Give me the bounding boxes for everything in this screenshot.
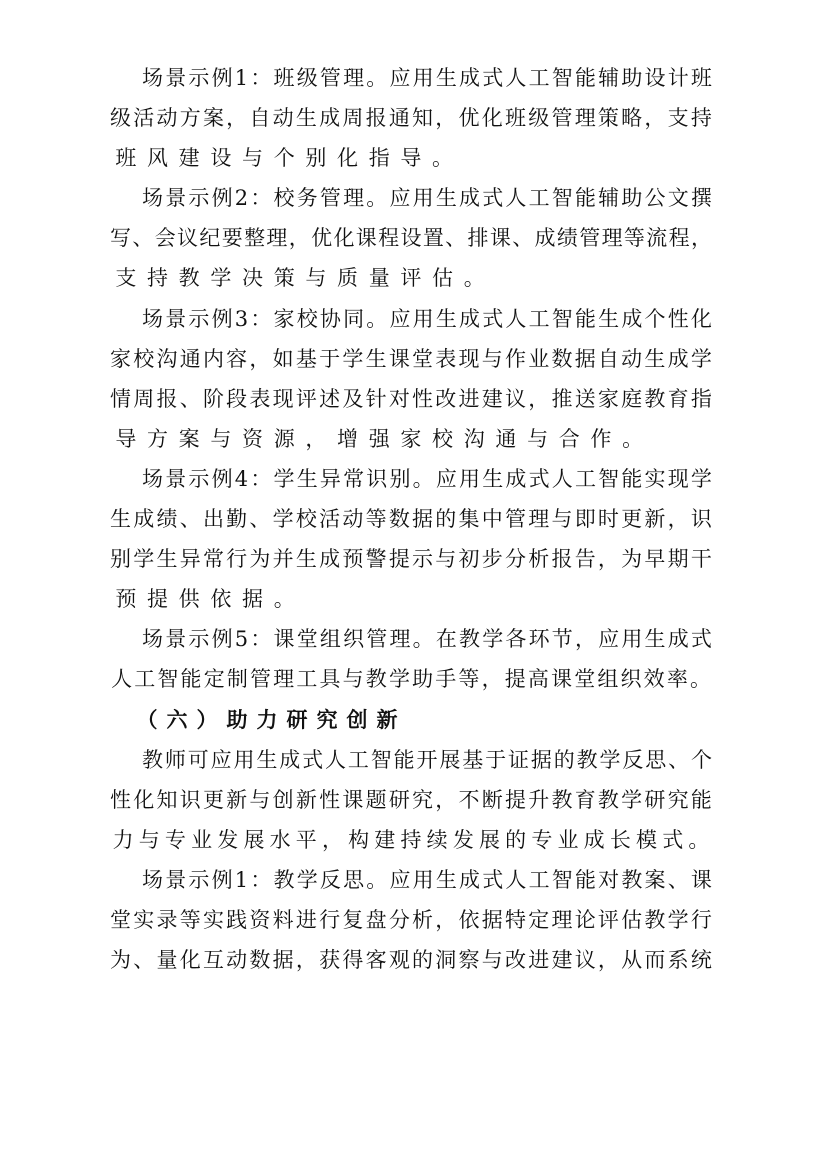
text-line: 力与专业发展水平，构建持续发展的专业成长模式。 bbox=[110, 820, 712, 860]
text-line: 家校沟通内容，如基于学生课堂表现与作业数据自动生成学 bbox=[110, 339, 712, 379]
paragraph: 场景示例1：教学反思。应用生成式人工智能对教案、课堂实录等实践资料进行复盘分析，… bbox=[110, 860, 712, 980]
document-body: 场景示例1：班级管理。应用生成式人工智能辅助设计班级活动方案，自动生成周报通知，… bbox=[110, 58, 712, 980]
paragraph: 场景示例4：学生异常识别。应用生成式人工智能实现学生成绩、出勤、学校活动等数据的… bbox=[110, 459, 712, 619]
text-line: 堂实录等实践资料进行复盘分析，依据特定理论评估教学行 bbox=[110, 900, 712, 940]
section-heading: （六）助力研究创新 bbox=[110, 700, 712, 740]
text-line: 场景示例5：课堂组织管理。在教学各环节，应用生成式 bbox=[110, 619, 712, 659]
text-line: 情周报、阶段表现评述及针对性改进建议，推送家庭教育指 bbox=[110, 379, 712, 419]
text-line: 场景示例2：校务管理。应用生成式人工智能辅助公文撰 bbox=[110, 178, 712, 218]
paragraph: 场景示例1：班级管理。应用生成式人工智能辅助设计班级活动方案，自动生成周报通知，… bbox=[110, 58, 712, 178]
text-line: 教师可应用生成式人工智能开展基于证据的教学反思、个 bbox=[110, 740, 712, 780]
paragraph: 场景示例2：校务管理。应用生成式人工智能辅助公文撰写、会议纪要整理，优化课程设置… bbox=[110, 178, 712, 298]
text-line: 场景示例3：家校协同。应用生成式人工智能生成个性化 bbox=[110, 299, 712, 339]
text-line: 场景示例4：学生异常识别。应用生成式人工智能实现学 bbox=[110, 459, 712, 499]
text-line: 别学生异常行为并生成预警提示与初步分析报告，为早期干 bbox=[110, 539, 712, 579]
paragraph: 场景示例3：家校协同。应用生成式人工智能生成个性化家校沟通内容，如基于学生课堂表… bbox=[110, 299, 712, 459]
text-line: 支持教学决策与质量评估。 bbox=[110, 258, 712, 298]
text-line: 预提供依据。 bbox=[110, 579, 712, 619]
heading-text: （六）助力研究创新 bbox=[110, 700, 712, 740]
text-line: 导方案与资源，增强家校沟通与合作。 bbox=[110, 419, 712, 459]
text-line: 级活动方案，自动生成周报通知，优化班级管理策略，支持 bbox=[110, 98, 712, 138]
paragraph: 场景示例5：课堂组织管理。在教学各环节，应用生成式人工智能定制管理工具与教学助手… bbox=[110, 619, 712, 699]
text-line: 班风建设与个别化指导。 bbox=[110, 138, 712, 178]
paragraph: 教师可应用生成式人工智能开展基于证据的教学反思、个性化知识更新与创新性课题研究，… bbox=[110, 740, 712, 860]
text-line: 场景示例1：教学反思。应用生成式人工智能对教案、课 bbox=[110, 860, 712, 900]
text-line: 人工智能定制管理工具与教学助手等，提高课堂组织效率。 bbox=[110, 659, 712, 699]
text-line: 写、会议纪要整理，优化课程设置、排课、成绩管理等流程， bbox=[110, 218, 712, 258]
text-line: 生成绩、出勤、学校活动等数据的集中管理与即时更新，识 bbox=[110, 499, 712, 539]
text-line: 性化知识更新与创新性课题研究，不断提升教育教学研究能 bbox=[110, 780, 712, 820]
document-page: 场景示例1：班级管理。应用生成式人工智能辅助设计班级活动方案，自动生成周报通知，… bbox=[0, 0, 823, 1157]
text-line: 场景示例1：班级管理。应用生成式人工智能辅助设计班 bbox=[110, 58, 712, 98]
text-line: 为、量化互动数据，获得客观的洞察与改进建议，从而系统 bbox=[110, 940, 712, 980]
